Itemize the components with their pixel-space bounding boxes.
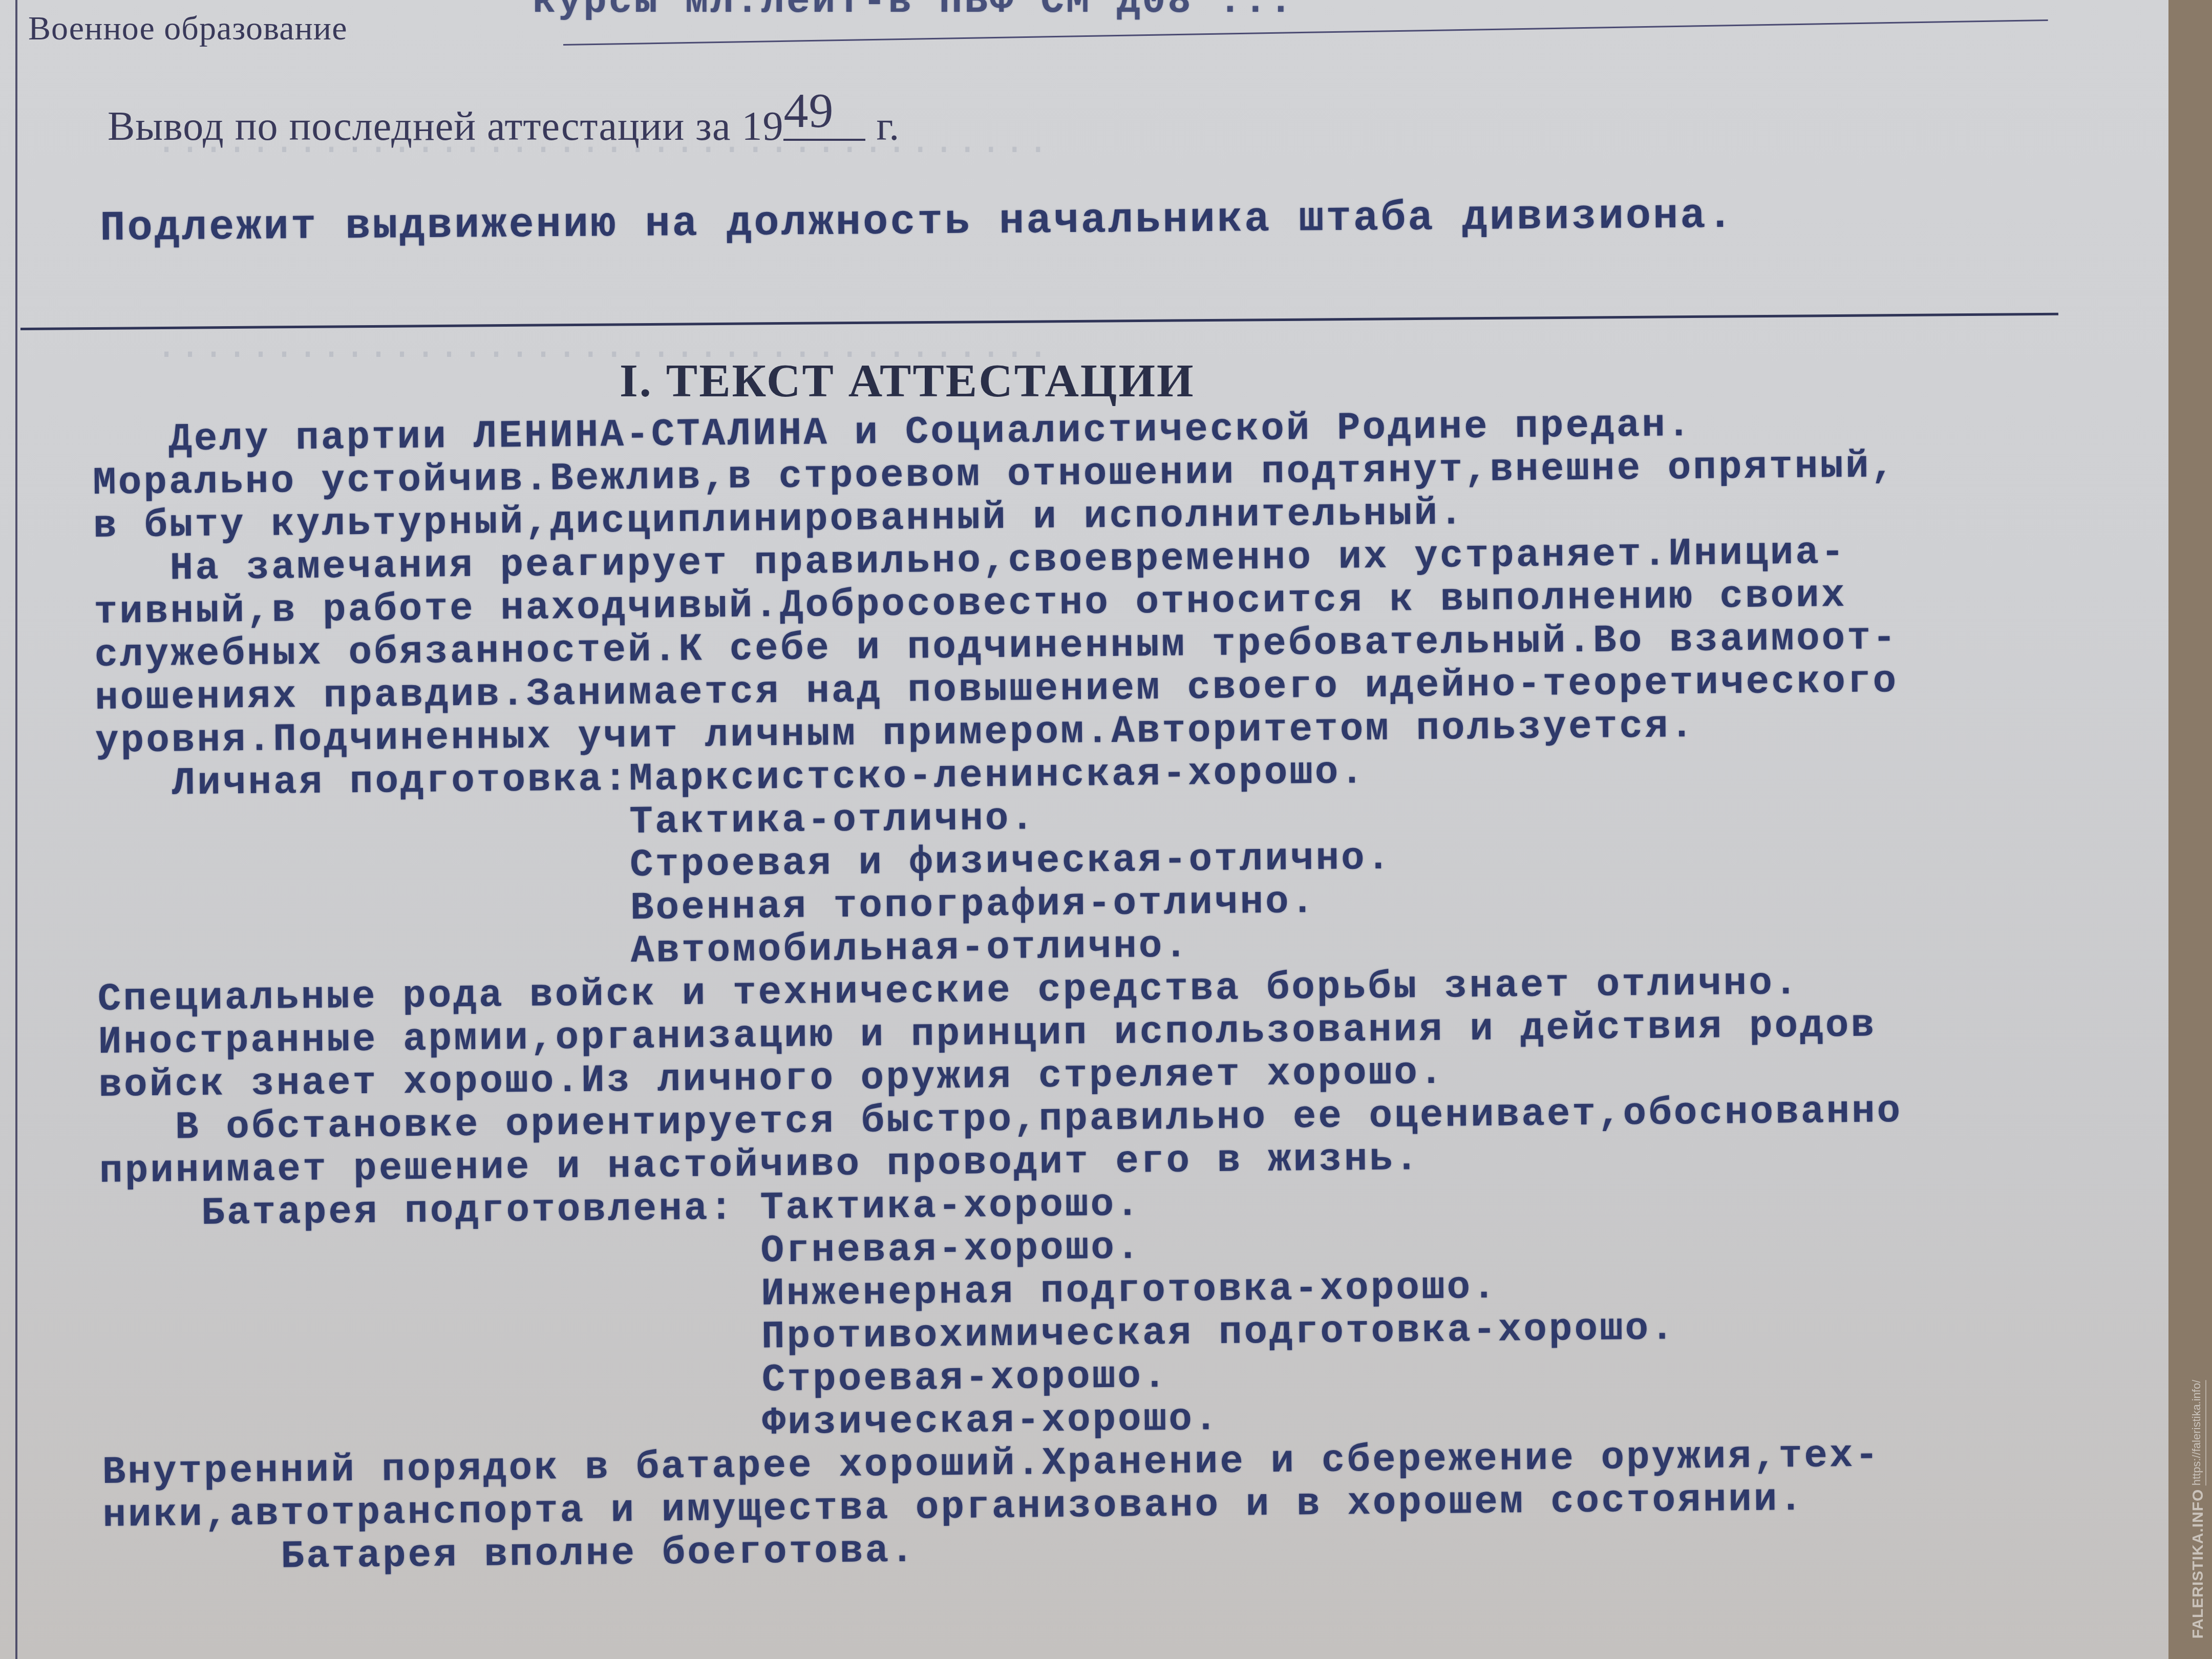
year-suffix: г. <box>876 104 900 149</box>
attestation-body: Делу партии ЛЕНИНА-СТАЛИНА и Социалистич… <box>92 401 1907 1580</box>
document-page: ...................................... .… <box>0 0 2168 1659</box>
left-margin-rule <box>15 0 17 1659</box>
attestation-year-handwritten: 49 <box>783 82 865 141</box>
watermark-url: https://faleristika.info/ <box>2190 1380 2206 1486</box>
watermark: FALERISTIKA.INFO https://faleristika.inf… <box>2189 1380 2207 1639</box>
last-attestation-label: Вывод по последней аттестации за 1949 г. <box>108 95 900 154</box>
military-education-label: Военное образование <box>28 9 347 48</box>
last-attestation-label-text: Вывод по последней аттестации за 19 <box>108 104 783 149</box>
last-attestation-conclusion: Подлежит выдвижению на должность начальн… <box>100 192 1735 252</box>
watermark-brand: FALERISTIKA.INFO <box>2189 1488 2207 1639</box>
section-heading: I. ТЕКСТ АТТЕСТАЦИИ <box>620 353 1195 408</box>
military-education-value: курсы мл.лейт-в ПВФ СМ Д08 ... <box>533 0 1294 24</box>
